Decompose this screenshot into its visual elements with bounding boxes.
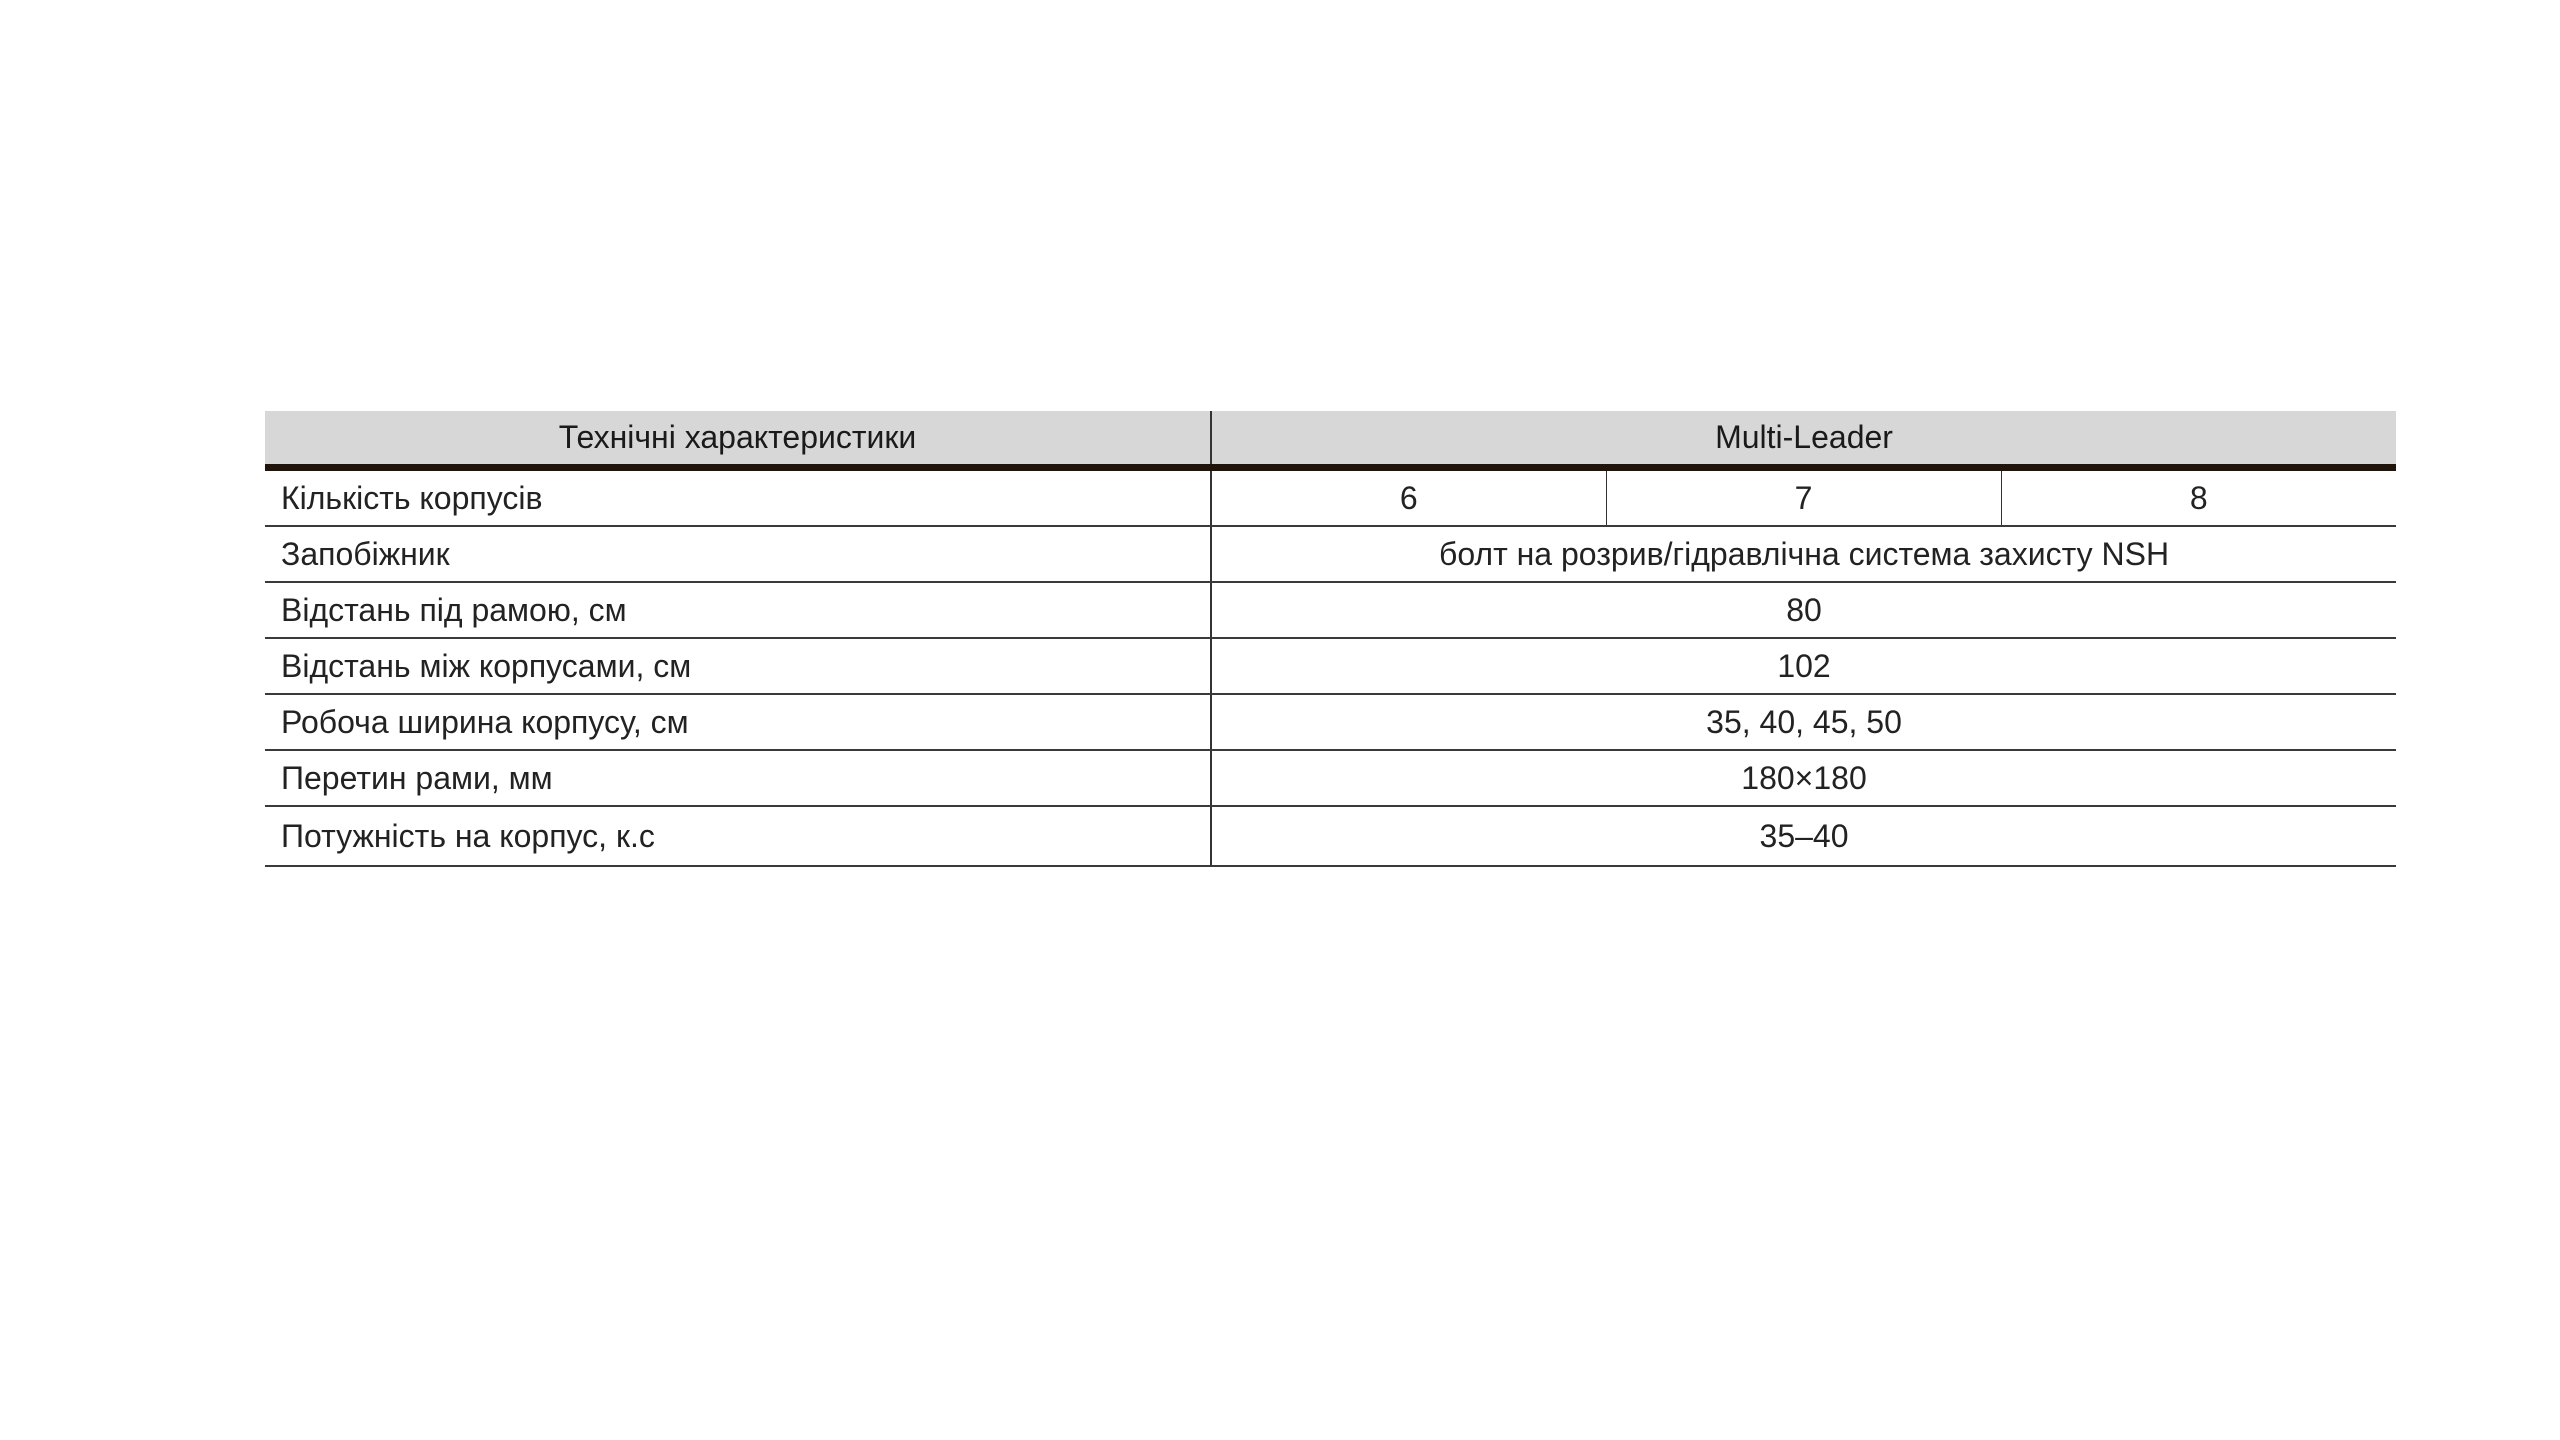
row-value: 6 [1211, 468, 1606, 527]
specifications-table: Технічні характеристики Multi-Leader Кіл… [265, 411, 2396, 867]
row-label: Робоча ширина корпусу, см [265, 694, 1211, 750]
table-row: Відстань між корпусами, см 102 [265, 638, 2396, 694]
table-header-row: Технічні характеристики Multi-Leader [265, 411, 2396, 468]
header-model: Multi-Leader [1211, 411, 2396, 468]
row-label: Перетин рами, мм [265, 750, 1211, 806]
row-value: 102 [1211, 638, 2396, 694]
row-value: болт на розрив/гідравлічна система захис… [1211, 526, 2396, 582]
row-value: 8 [2001, 468, 2396, 527]
row-label: Відстань між корпусами, см [265, 638, 1211, 694]
row-value: 180×180 [1211, 750, 2396, 806]
header-characteristics: Технічні характеристики [265, 411, 1211, 468]
table-row: Запобіжник болт на розрив/гідравлічна си… [265, 526, 2396, 582]
row-label: Запобіжник [265, 526, 1211, 582]
row-value: 80 [1211, 582, 2396, 638]
row-label: Кількість корпусів [265, 468, 1211, 527]
row-value: 35–40 [1211, 806, 2396, 866]
table-row: Робоча ширина корпусу, см 35, 40, 45, 50 [265, 694, 2396, 750]
table-row: Перетин рами, мм 180×180 [265, 750, 2396, 806]
row-label: Потужність на корпус, к.с [265, 806, 1211, 866]
row-value: 7 [1606, 468, 2001, 527]
table-row: Потужність на корпус, к.с 35–40 [265, 806, 2396, 866]
row-value: 35, 40, 45, 50 [1211, 694, 2396, 750]
table-row: Кількість корпусів 6 7 8 [265, 468, 2396, 527]
table-row: Відстань під рамою, см 80 [265, 582, 2396, 638]
row-label: Відстань під рамою, см [265, 582, 1211, 638]
